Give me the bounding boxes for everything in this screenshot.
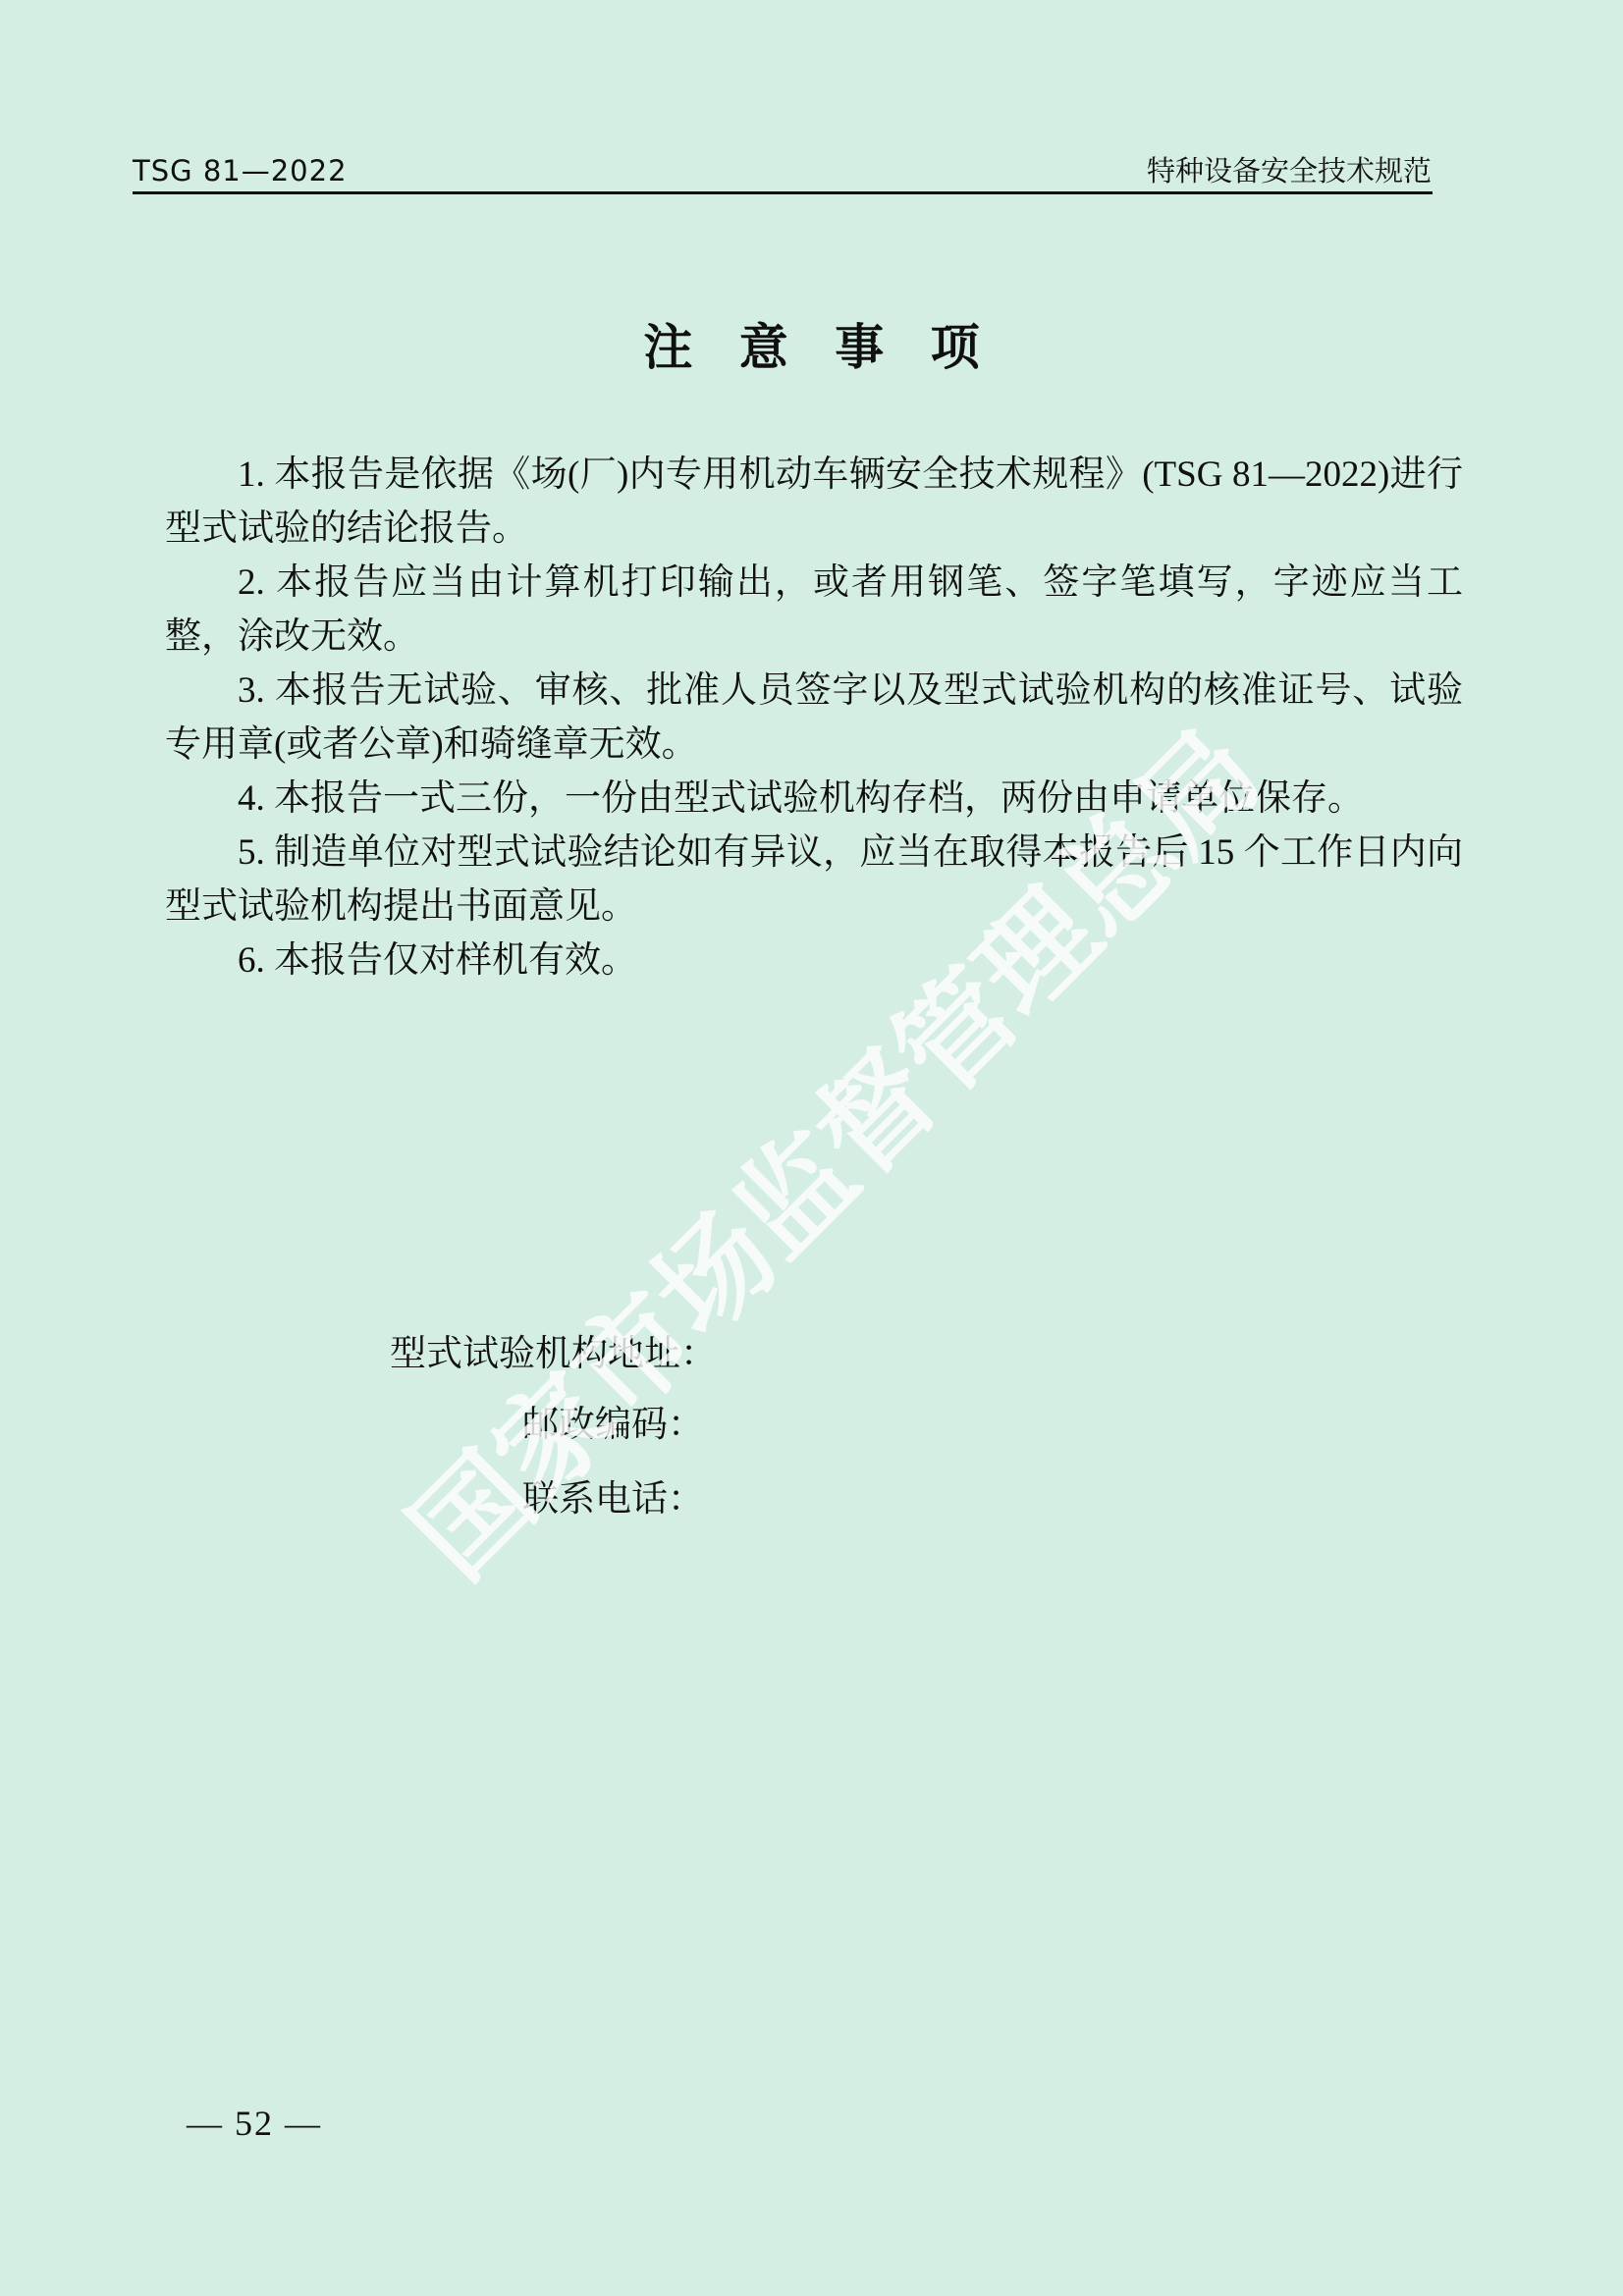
header-regulation-name: 特种设备安全技术规范 xyxy=(1147,155,1432,187)
contact-postcode-label: 邮政编码： xyxy=(522,1404,704,1447)
contact-phone-label: 联系电话： xyxy=(522,1478,704,1522)
notice-list: 1. 本报告是依据《场(厂)内专用机动车辆安全技术规程》(TSG 81—2022… xyxy=(165,448,1463,988)
header-document-code: TSG 81—2022 xyxy=(133,155,348,187)
contact-address-label: 型式试验机构地址： xyxy=(390,1333,717,1376)
page-number: — 52 — xyxy=(187,2103,322,2144)
notice-item-6: 6. 本报告仅对样机有效。 xyxy=(165,934,1463,988)
notice-item-4: 4. 本报告一式三份，一份由型式试验机构存档，两份由申请单位保存。 xyxy=(165,772,1463,826)
page-title: 注 意 事 项 xyxy=(0,320,1623,375)
notice-item-2: 2. 本报告应当由计算机打印输出，或者用钢笔、签字笔填写，字迹应当工整，涂改无效… xyxy=(165,556,1463,664)
notice-item-1: 1. 本报告是依据《场(厂)内专用机动车辆安全技术规程》(TSG 81—2022… xyxy=(165,448,1463,556)
header-divider-rule xyxy=(133,191,1433,194)
document-page: TSG 81—2022 特种设备安全技术规范 注 意 事 项 1. 本报告是依据… xyxy=(0,0,1623,2296)
notice-item-3: 3. 本报告无试验、审核、批准人员签字以及型式试验机构的核准证号、试验专用章(或… xyxy=(165,664,1463,772)
notice-item-5: 5. 制造单位对型式试验结论如有异议，应当在取得本报告后 15 个工作日内向型式… xyxy=(165,826,1463,934)
